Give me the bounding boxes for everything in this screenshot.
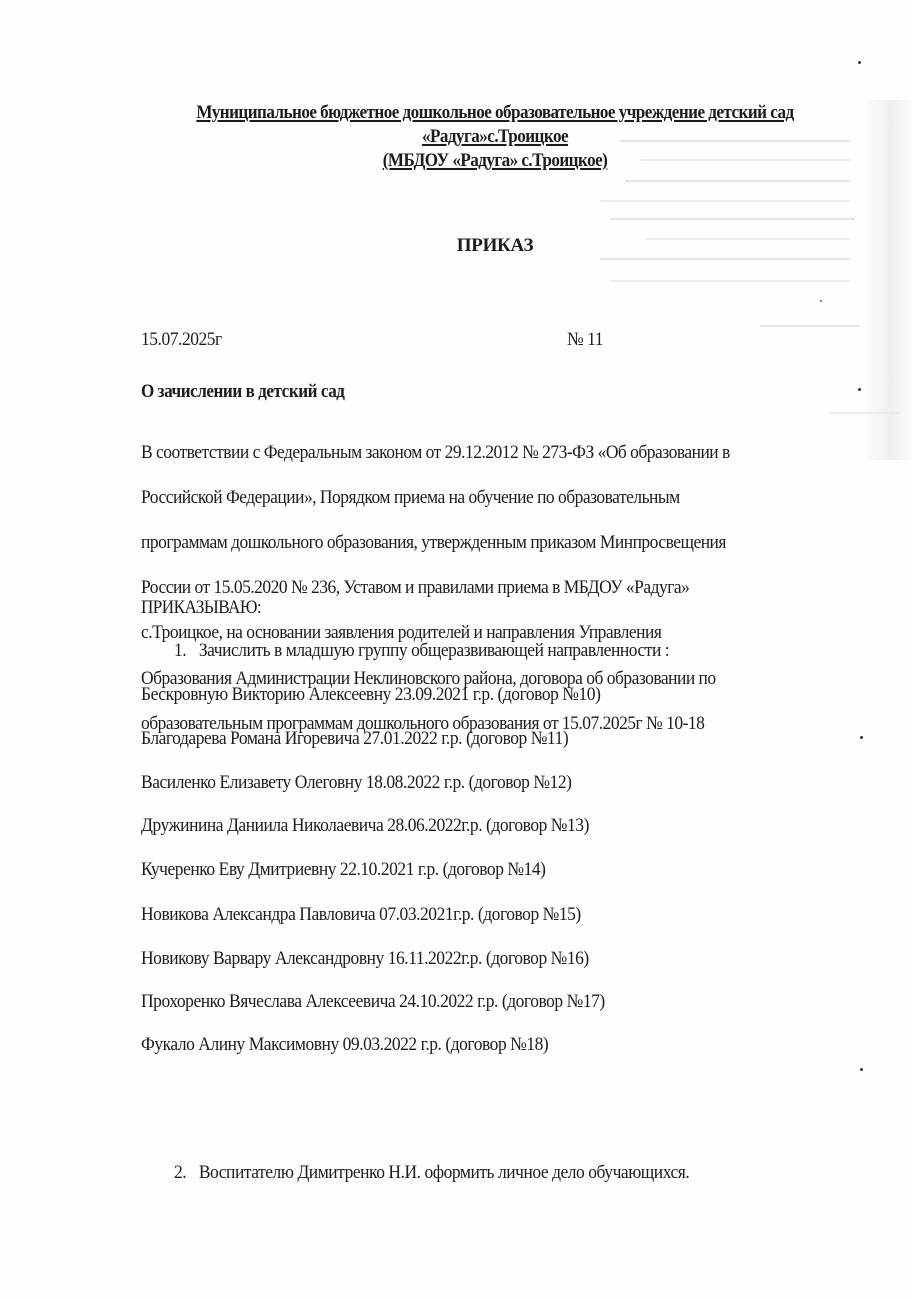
organization-name-cont: «Радуга»с.Троицкое (422, 126, 568, 147)
student-entry: Новикову Варвару Александровну 16.11.202… (141, 948, 589, 970)
student-entry: Дружинина Даниила Николаевича 28.06.2022… (141, 815, 589, 837)
student-entry: Кучеренко Еву Дмитриевну 22.10.2021 г.р.… (141, 859, 546, 881)
item-text: Воспитателю Димитренко Н.И. оформить лич… (199, 1162, 689, 1183)
organization-header: Муниципальное бюджетное дошкольное образ… (167, 101, 824, 173)
order-item-1: 1.Зачислить в младшую группу общеразвива… (174, 640, 669, 662)
organization-name: Муниципальное бюджетное дошкольное образ… (196, 102, 793, 123)
bleed-through-line (830, 412, 900, 414)
bleed-through-line (600, 200, 850, 202)
scanned-document-page: Муниципальное бюджетное дошкольное образ… (0, 0, 912, 1300)
bleed-through-line (760, 325, 860, 327)
preamble-line: Российской Федерации», Порядком приема н… (141, 487, 840, 510)
student-entry: Фукало Алину Максимовну 09.03.2022 г.р. … (141, 1034, 548, 1056)
scan-shadow (860, 100, 912, 460)
item-number: 1. (174, 640, 199, 662)
scan-speck (858, 61, 861, 64)
order-directive: ПРИКАЗЫВАЮ: (141, 597, 261, 619)
preamble-line: программам дошкольного образования, утве… (141, 532, 840, 555)
preamble-paragraph: В соответствии с Федеральным законом от … (141, 419, 840, 758)
document-subject: О зачислении в детский сад (141, 381, 344, 403)
document-type-title: ПРИКАЗ (130, 235, 860, 257)
scan-speck (860, 736, 863, 739)
student-entry: Бескровную Викторию Алексеевну 23.09.202… (141, 684, 600, 706)
bleed-through-line (610, 218, 855, 220)
preamble-line: В соответствии с Федеральным законом от … (141, 442, 840, 465)
student-entry: Новикова Александра Павловича 07.03.2021… (141, 904, 581, 926)
document-number: № 11 (567, 329, 603, 351)
item-number: 2. (174, 1162, 199, 1184)
student-entry: Благодарева Романа Игоревича 27.01.2022 … (141, 728, 568, 750)
bleed-through-line (600, 258, 850, 260)
document-date: 15.07.2025г (141, 329, 222, 351)
scan-speck (820, 300, 822, 302)
student-entry: Прохоренко Вячеслава Алексеевича 24.10.2… (141, 991, 605, 1013)
bleed-through-line (625, 180, 850, 182)
bleed-through-line (610, 280, 850, 282)
student-entry: Василенко Елизавету Олеговну 18.08.2022 … (141, 772, 572, 794)
scan-speck (860, 1068, 863, 1071)
order-item-2: 2.Воспитателю Димитренко Н.И. оформить л… (174, 1162, 689, 1184)
scan-speck (858, 388, 861, 391)
organization-short-name: (МБДОУ «Радуга» с.Троицкое) (383, 150, 608, 171)
item-text: Зачислить в младшую группу общеразвивающ… (199, 640, 669, 661)
